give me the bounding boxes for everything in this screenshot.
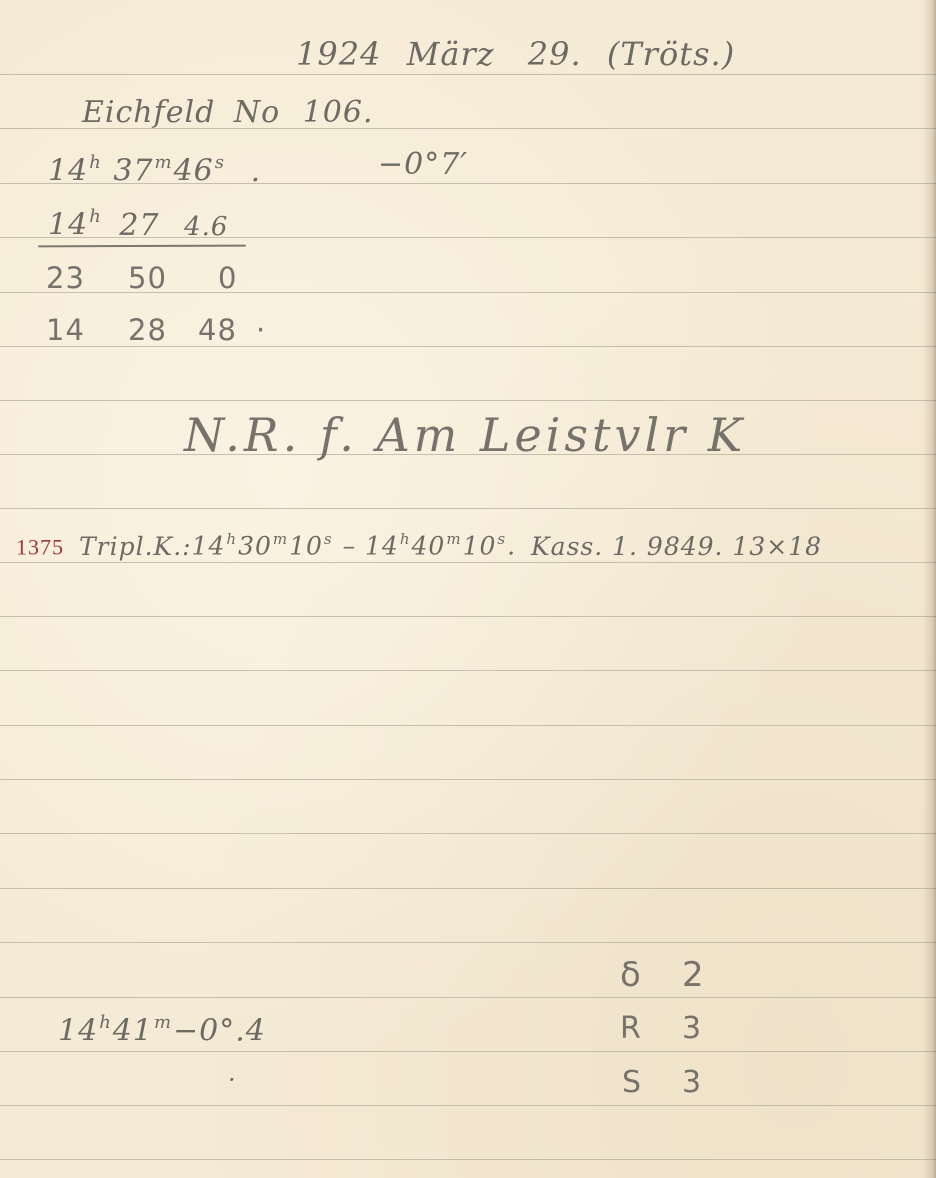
row1-dot: . [251,154,262,189]
plate-start-seconds: 10 [289,532,323,561]
notebook-page: 1924 März 29. (Tröts.) Eichfeld No 106. … [0,0,936,1178]
rating-symbol: S [622,1068,682,1098]
ruled-line [0,1051,936,1052]
ruled-line [0,74,936,75]
plate-dash: – [343,532,357,561]
observation-title: Eichfeld No 106. [82,98,373,128]
rating-row-2: R3 [620,1014,702,1044]
plate-start-hours-unit: h [226,530,237,548]
obs-row-1: 14h 37m46s . [48,154,261,187]
page-date-header: 1924 März 29. (Tröts.) [296,38,735,70]
row3-b: 50 [128,264,218,293]
rating-row-1: δ2 [620,958,705,992]
row1-hours: 14 [48,154,88,189]
plate-end-seconds-unit: s [497,530,506,548]
plate-start-seconds-unit: s [324,530,333,548]
row1-minutes-unit: m [155,152,173,173]
plate-label: Tripl.K.: [79,532,192,561]
plate-start-minutes-unit: m [273,530,288,548]
footer-minutes: 41 [113,1014,153,1049]
row4-b: 28 [128,316,198,345]
rating-symbol: R [620,1014,682,1044]
title-number: 106. [303,95,374,130]
row1-hours-unit: h [89,152,102,173]
heading-note: N.R. f. Am Leistvlr K [184,412,746,458]
footer-dot: · [228,1068,237,1092]
ruled-line [0,670,936,671]
title-no: No [234,95,280,130]
row3-c: 0 [218,264,237,293]
row4-dot: · [256,313,266,347]
row3-a: 23 [46,264,128,293]
obs-row-1-declination: −0°7′ [378,150,468,180]
header-day: 29. [528,35,582,73]
footer-hours: 14 [58,1014,98,1049]
ruled-line [0,1159,936,1160]
ruled-line [0,833,936,834]
row1-minutes: 37 [113,154,153,189]
rating-symbol: δ [620,958,682,992]
row4-a: 14 [46,316,128,345]
row2-minutes: 27 [119,208,159,243]
row2-seconds: 4.6 [184,212,228,242]
plate-end-hours-unit: h [400,530,411,548]
plate-end-minutes-unit: m [446,530,461,548]
rating-value: 3 [682,1011,702,1046]
header-year: 1924 [296,35,381,73]
ruled-line [0,725,936,726]
footer-value: −0°.4 [173,1014,266,1049]
sum-underline [38,245,246,248]
ruled-line [0,779,936,780]
footer-entry: 14h41m−0°.4 [58,1014,266,1047]
footer-hours-unit: h [99,1012,112,1033]
ruled-line [0,562,936,563]
plate-number: 1375 [16,535,64,560]
plate-start-minutes: 30 [238,532,272,561]
rating-value: 3 [682,1065,702,1100]
header-note: (Tröts.) [607,35,735,73]
title-name: Eichfeld [82,95,215,130]
footer-minutes-unit: m [154,1012,172,1033]
ruled-line [0,997,936,998]
row4-c: 48 [198,316,256,345]
ruled-line [0,616,936,617]
obs-row-2: 14h 27 4.6 [48,208,228,241]
header-month: März [407,35,495,73]
row1-seconds: 46 [174,154,214,189]
row2-hours-unit: h [89,206,102,227]
plate-end-seconds: 10 [463,532,497,561]
row2-hours: 14 [48,208,88,243]
ruled-line [0,942,936,943]
plate-end-minutes: 40 [412,532,446,561]
ruled-line [0,508,936,509]
plate-start-hours: 14 [192,532,226,561]
ruled-line [0,1105,936,1106]
obs-row-4: 142848· [46,316,266,345]
ruled-line [0,888,936,889]
rating-row-3: S3 [622,1068,702,1098]
plate-entry: 1375 Tripl.K.:14h30m10s – 14h40m10s. Kas… [16,532,822,559]
ruled-line [0,400,936,401]
rating-value: 2 [682,955,705,995]
plate-end-hours: 14 [365,532,399,561]
row1-seconds-unit: s [215,152,225,173]
plate-end-dot: . [507,532,516,561]
obs-row-3: 23500 [46,264,237,293]
plate-details: Kass. 1. 9849. 13×18 [531,532,822,561]
